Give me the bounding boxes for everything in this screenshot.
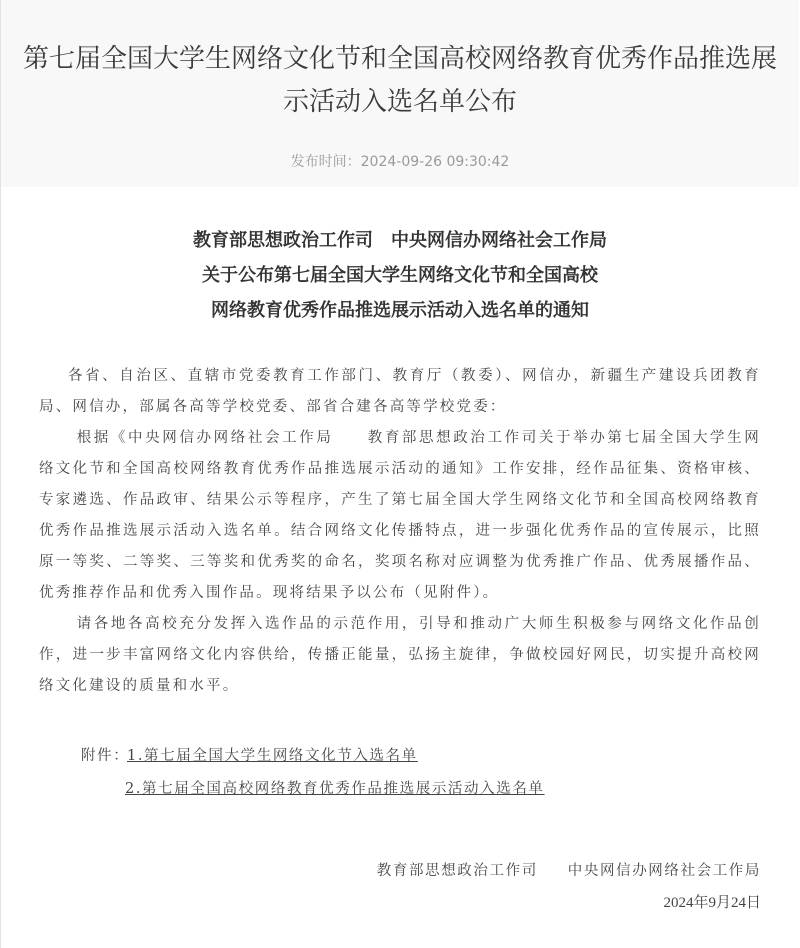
attachments-label: 附件： bbox=[81, 740, 127, 773]
notice-heading-line-1: 教育部思想政治工作司 中央网信办网络社会工作局 bbox=[1, 223, 799, 258]
issuing-org-1: 教育部思想政治工作司 bbox=[193, 230, 373, 251]
article-title: 第七届全国大学生网络文化节和全国高校网络教育优秀作品推选展示活动入选名单公布 bbox=[20, 38, 780, 124]
article-page: 第七届全国大学生网络文化节和全国高校网络教育优秀作品推选展示活动入选名单公布 发… bbox=[0, 0, 799, 948]
publish-time-label: 发布时间： bbox=[291, 154, 361, 170]
attachment-row-2: 2.第七届全国高校网络教育优秀作品推选展示活动入选名单 bbox=[81, 773, 799, 806]
notice-heading-line-3: 网络教育优秀作品推选展示活动入选名单的通知 bbox=[1, 293, 799, 328]
notice-heading-line-2: 关于公布第七届全国大学生网络文化节和全国高校 bbox=[1, 258, 799, 293]
body-paragraph-1: 根据《中央网信办网络社会工作局 教育部思想政治工作司关于举办第七届全国大学生网络… bbox=[39, 423, 761, 609]
issuing-org-2: 中央网信办网络社会工作局 bbox=[391, 230, 607, 251]
salutation-paragraph: 各省、自治区、直辖市党委教育工作部门、教育厅（教委）、网信办，新疆生产建设兵团教… bbox=[39, 361, 761, 423]
signature-org-1: 教育部思想政治工作司 bbox=[377, 863, 538, 879]
signature-orgs: 教育部思想政治工作司中央网信办网络社会工作局 bbox=[377, 855, 761, 887]
body-paragraph-2: 请各地各高校充分发挥入选作品的示范作用，引导和推动广大师生积极参与网络文化作品创… bbox=[39, 609, 761, 702]
attachments-section: 附件：1.第七届全国大学生网络文化节入选名单 2.第七届全国高校网络教育优秀作品… bbox=[1, 740, 799, 806]
notice-body: 各省、自治区、直辖市党委教育工作部门、教育厅（教委）、网信办，新疆生产建设兵团教… bbox=[1, 361, 799, 702]
attachment-row-1: 附件：1.第七届全国大学生网络文化节入选名单 bbox=[81, 740, 799, 773]
signature-block: 教育部思想政治工作司中央网信办网络社会工作局 2024年9月24日 bbox=[377, 855, 761, 919]
attachment-link-2[interactable]: 2.第七届全国高校网络教育优秀作品推选展示活动入选名单 bbox=[125, 781, 545, 797]
signature-org-2: 中央网信办网络社会工作局 bbox=[568, 863, 761, 879]
attachment-link-1[interactable]: 1.第七届全国大学生网络文化节入选名单 bbox=[127, 748, 418, 764]
article-header: 第七届全国大学生网络文化节和全国高校网络教育优秀作品推选展示活动入选名单公布 发… bbox=[1, 0, 799, 187]
publish-time-value: 2024-09-26 09:30:42 bbox=[361, 154, 510, 170]
signature-date: 2024年9月24日 bbox=[377, 887, 761, 919]
notice-heading: 教育部思想政治工作司 中央网信办网络社会工作局 关于公布第七届全国大学生网络文化… bbox=[1, 223, 799, 328]
publish-time: 发布时间：2024-09-26 09:30:42 bbox=[1, 151, 799, 171]
